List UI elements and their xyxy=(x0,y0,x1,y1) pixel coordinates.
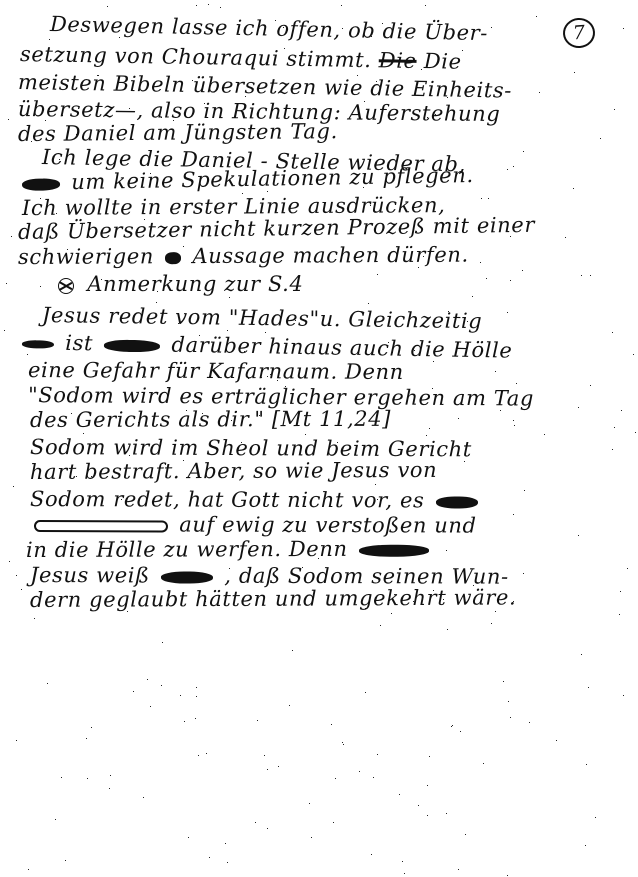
text: schwierigen xyxy=(18,244,154,269)
handwritten-line: hart bestraft. Aber, so wie Jesus von xyxy=(30,458,437,484)
handwritten-line: des Gerichts als dir." [Mt 11,24] xyxy=(30,407,391,432)
text: auf ewig zu verstoßen und xyxy=(179,513,476,538)
scribbled-out-word xyxy=(359,544,429,556)
handwritten-line: Jesus weiß , daß Sodom seinen Wun- xyxy=(30,563,509,589)
handwritten-line: dern geglaubt hätten und umgekehrt wäre. xyxy=(30,585,516,612)
handwritten-line: setzung von Chouraqui stimmt. Die Die xyxy=(20,42,462,74)
scribbled-out-word xyxy=(22,178,60,191)
handwritten-line: eine Gefahr für Kafarnaum. Denn xyxy=(28,358,404,384)
scribbled-out-word xyxy=(165,252,181,264)
scribbled-out-words xyxy=(34,520,168,532)
text: Sodom redet, hat Gott nicht vor, es xyxy=(30,487,424,512)
handwritten-line: in die Hölle zu werfen. Denn xyxy=(26,537,433,562)
scribbled-out-word xyxy=(22,340,54,349)
scribbled-out-word xyxy=(104,339,160,352)
page-number: 7 xyxy=(562,17,596,49)
handwritten-line: des Daniel am Jüngsten Tag. xyxy=(18,119,338,146)
handwritten-line: schwierigen Aussage machen dürfen. xyxy=(18,243,469,269)
text: in die Hölle zu werfen. Denn xyxy=(26,537,348,562)
note-heading: Anmerkung zur S.4 xyxy=(58,272,303,296)
circled-star-icon xyxy=(58,278,74,294)
text: ist xyxy=(65,331,93,355)
text: Jesus weiß xyxy=(30,563,150,587)
note-heading-text: Anmerkung zur S.4 xyxy=(87,272,303,296)
handwritten-line: Jesus redet vom "Hades"u. Gleichzeitig xyxy=(42,303,483,333)
handwritten-line: auf ewig zu verstoßen und xyxy=(30,512,477,538)
scribbled-out-word xyxy=(436,496,478,508)
text: Die xyxy=(424,49,462,74)
scribbled-out-word xyxy=(161,571,213,583)
handwritten-line: Sodom redet, hat Gott nicht vor, es xyxy=(30,487,482,513)
text: Aussage machen dürfen. xyxy=(192,243,468,268)
scanned-handwritten-page: 7 Deswegen lasse ich offen, ob die Über-… xyxy=(0,0,638,877)
crossed-out-word: Die xyxy=(379,48,417,73)
text: setzung von Chouraqui stimmt. xyxy=(20,42,372,72)
handwritten-line: Deswegen lasse ich offen, ob die Über- xyxy=(50,12,489,45)
